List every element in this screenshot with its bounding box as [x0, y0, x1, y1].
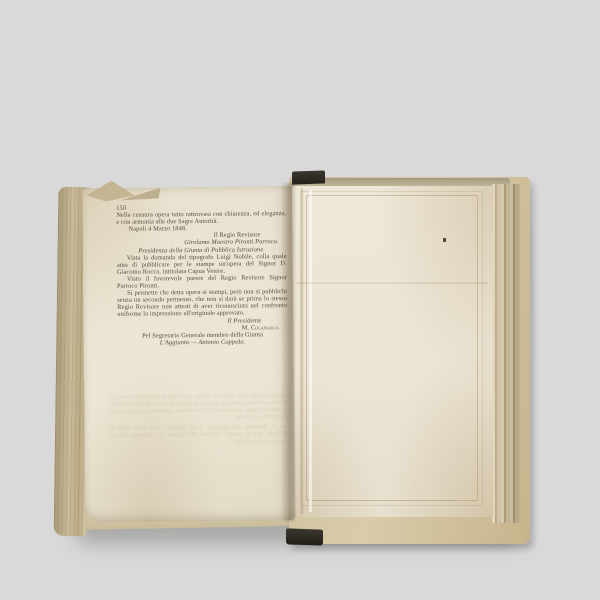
show-through-line: Si permette che detta opera si stampi, p…	[110, 392, 292, 422]
show-through-line: Vista la domanda del tipografo Luigi Nob…	[110, 423, 292, 446]
right-blank-page	[292, 186, 493, 517]
show-through-text: Si permette che detta opera si stampi, p…	[110, 392, 293, 450]
spine-headband-top	[292, 170, 325, 184]
decree-paragraph: Vista la domanda del tipografo Luigi Nob…	[117, 253, 287, 276]
left-text-page: Si permette che detta opera si stampi, p…	[82, 186, 295, 522]
photo-background: Si permette che detta opera si stampi, p…	[0, 0, 600, 600]
inner-sheet-outline	[306, 195, 478, 501]
page-block-fore-edge	[492, 184, 520, 523]
spine-headband-bottom	[286, 528, 323, 545]
ink-speck	[443, 238, 446, 242]
right-page-crease	[301, 188, 303, 514]
decree-paragraph: Si permette che detta opera si stampi, p…	[117, 288, 287, 318]
right-page-fold-highlight	[309, 190, 312, 512]
right-page-horizontal-crease	[296, 282, 488, 284]
printed-text-block: 150 Nella censura opera tutto rattrovasi…	[116, 203, 287, 347]
